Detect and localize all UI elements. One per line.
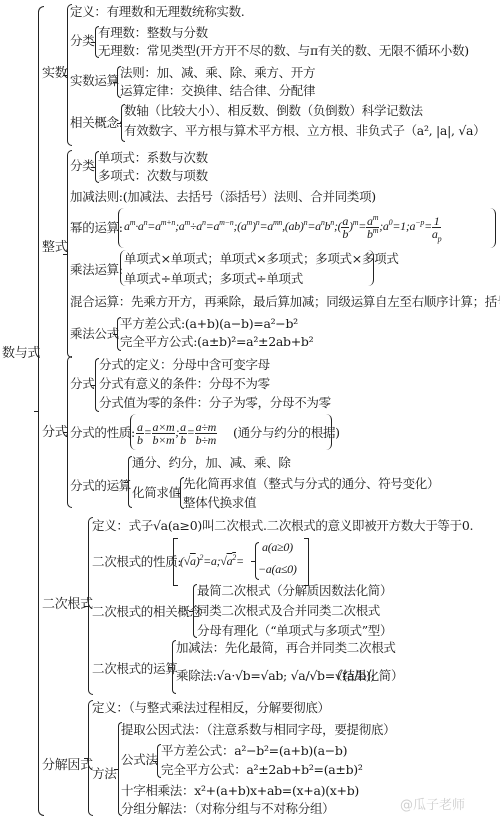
fenshi-property-formula: ab=a×mb×m;ab=a÷mb÷m	[136, 420, 217, 446]
zhengshi-power-formula: am·an=am+n;am÷an=am−n;(am)n=amn,(ab)n=an…	[124, 214, 441, 240]
ercigenshi-concepts-item-1: 同类二次根式及合并同类二次根式	[197, 603, 380, 618]
yinshifenjie-brace	[88, 700, 93, 816]
zhengshi-formulas-item-1: 完全平方公式:(a±b)²=a²±2ab+b²	[120, 334, 313, 349]
ercigenshi-property-case-1: −a(a≤0)	[258, 562, 297, 577]
power-paren-right	[490, 208, 496, 248]
root-brace	[38, 6, 44, 816]
ercigenshi-property-formula: (√a)2=a;√a2=	[180, 554, 244, 569]
yinshifenjie-definition: 定义：（与整式乘法过程相反，分解要彻底）	[92, 700, 330, 715]
section-ercigenshi-label: 二次根式	[42, 597, 93, 612]
zhengshi-mixed: 混合运算：先乘方开方，再乘除，最后算加减；同级运算自左至右顺序计算；括号优先	[70, 294, 500, 309]
ercigenshi-definition: 定义：式子√a(a≥0)叫二次根式.二次根式的意义即被开方数大于等于0.	[92, 518, 473, 533]
watermark: @瓜子老师	[400, 794, 465, 813]
fenshi-ops-first: 通分、约分，加、减、乘、除	[132, 455, 291, 470]
zhengshi-classify-label: 分类	[70, 158, 94, 173]
fenshi-sub-item-0: 分式的定义：分母中含可变字母	[99, 357, 270, 372]
fenshi-simplify-label: 化简求值	[132, 485, 181, 500]
shishu-concepts-label: 相关概念:	[70, 115, 123, 130]
shishu-classify-item-1: 无理数：常见类型(开方开不尽的数、与π有关的数、无限不循环小数)	[98, 43, 469, 58]
ercigenshi-ops-item-0: 加减法：先化最简，再合并同类二次根式	[176, 640, 396, 655]
zhengshi-addsub: 加减法则:(加减法、去括号（添括号）法则、合并同类项)	[70, 189, 376, 204]
zhengshi-classify-item-1: 多项式：次数与项数	[98, 168, 208, 183]
shishu-ops-label: 实数运算	[70, 73, 119, 88]
ercigenshi-ops-label: 二次根式的运算	[92, 661, 177, 676]
fenshi-property-paren-right	[326, 414, 332, 450]
section-yinshifenjie-label: 分解因式	[42, 758, 93, 773]
zhengshi-formulas-item-0: 平方差公式:(a+b)(a−b)=a²−b²	[120, 316, 298, 331]
root-label: 数与式	[2, 346, 40, 361]
zhengshi-mult-label: 乘法运算:	[70, 262, 123, 277]
ercigenshi-property-bracket-left	[173, 538, 178, 586]
ercigenshi-property-case-0: a(a≥0)	[262, 540, 293, 555]
yinshifenjie-group: 分组分解法：（对称分组与不对称分组）	[121, 801, 334, 816]
zhengshi-mult-item-0: 单项式×单项式；单项式×多项式；多项式×多项式	[124, 251, 399, 266]
ercigenshi-concepts-item-0: 最简二次根式（分解质因数法化简）	[197, 583, 392, 598]
fenshi-property-label: 分式的性质:	[70, 425, 135, 440]
mult-paren-right	[368, 250, 374, 286]
yinshifenjie-formula-item-1: 完全平方公式：a²±2ab+b²=(a±b)²	[161, 762, 363, 777]
zhengshi-mult-item-1: 单项式÷单项式；多项式÷单项式	[124, 271, 303, 286]
shishu-concepts-item-1: 有效数字、平方根与算术平方根、立方根、非负式子（a², |a|, √a）	[124, 123, 485, 138]
ercigenshi-concepts-item-2: 分母有理化（“单项式与多项式”型）	[197, 623, 392, 638]
section-zhengshi-label: 整式	[42, 240, 67, 255]
zhengshi-formulas-label: 乘法公式	[70, 326, 119, 341]
fenshi-sub-label: 分式	[70, 376, 94, 391]
zhengshi-power-label: 幂的运算:	[70, 220, 123, 235]
yinshifenjie-method-label: 方法	[92, 766, 116, 781]
shishu-classify-item-0: 有理数：整数与分数	[98, 25, 208, 40]
zhengshi-classify-item-0: 单项式：系数与次数	[98, 150, 208, 165]
yinshifenjie-extract: 提取公因式法：（注意系数与相同字母，要提彻底）	[121, 722, 395, 737]
shishu-ops-item-0: 法则：加、减、乘、除、乘方、开方	[120, 65, 315, 80]
fenshi-sub-item-2: 分式值为零的条件：分子为零，分母不为零	[99, 395, 331, 410]
fenshi-simplify-item-1: 整体代换求值	[183, 495, 256, 510]
fenshi-sub-item-1: 分式有意义的条件：分母不为零	[99, 376, 270, 391]
ercigenshi-property-bracket-right	[304, 538, 309, 586]
fenshi-simplify-item-0: 先化简再求值（整式与分式的通分、符号变化）	[183, 476, 439, 491]
yinshifenjie-formula-label: 公式法	[121, 752, 158, 767]
ercigenshi-concepts-label: 二次根式的相关概念	[92, 604, 202, 619]
shishu-concepts-item-0: 数轴（比较大小）、相反数、倒数（负倒数）科学记数法	[124, 103, 423, 118]
fenshi-property-note: (通分与约分的根据)	[233, 425, 340, 440]
shishu-ops-item-1: 运算定律：交换律、结合律、分配律	[120, 83, 315, 98]
yinshifenjie-cross: 十字相乘法：x²+(a+b)x+ab=(x+a)(x+b)	[121, 783, 359, 798]
shishu-definition: 定义：有理数和无理数统称实数.	[70, 4, 244, 19]
shishu-classify-label: 分类	[70, 33, 94, 48]
yinshifenjie-formula-item-0: 平方差公式：a²−b²=(a+b)(a−b)	[161, 743, 347, 758]
ercigenshi-ops-note: （结果化简）	[330, 668, 403, 683]
fenshi-ops-label: 分式的运算	[70, 478, 131, 493]
section-shishu-label: 实数	[42, 66, 67, 81]
ercigenshi-property-label: 二次根式的性质:	[92, 554, 181, 569]
